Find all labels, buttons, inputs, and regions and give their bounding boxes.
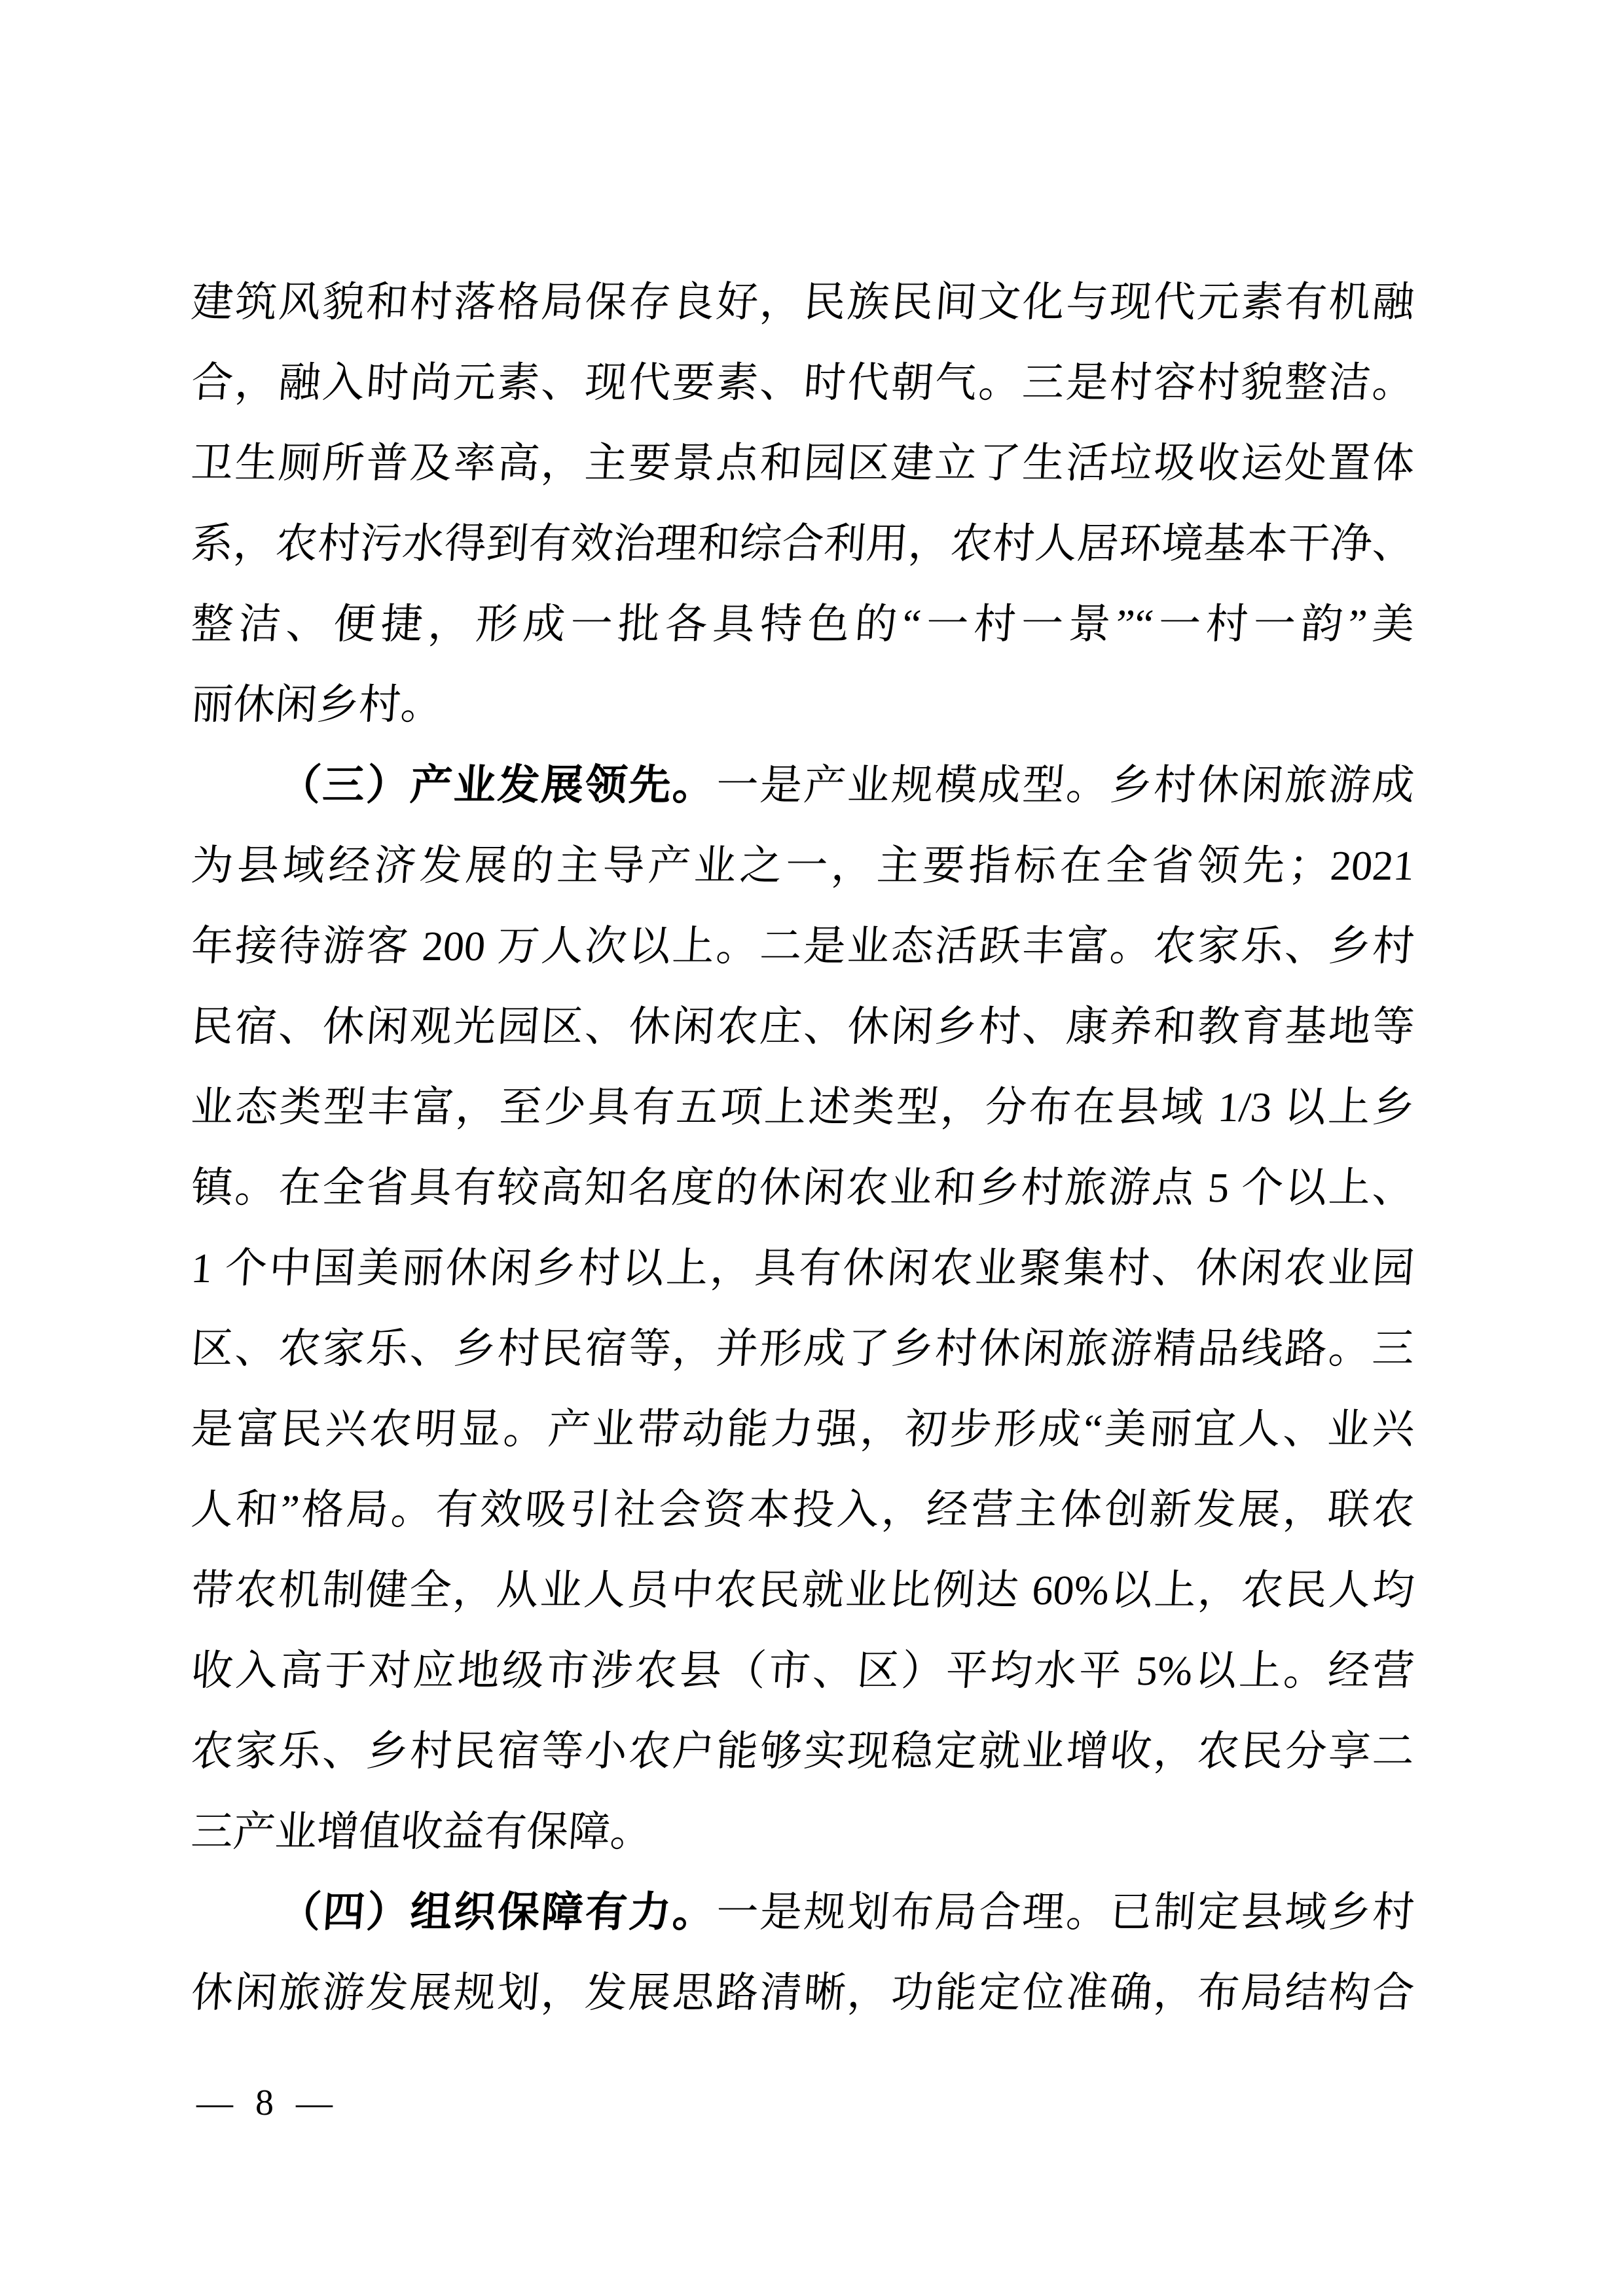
text-line: 镇。在全省具有较高知名度的休闲农业和乡村旅游点 5 个以上、 [189, 1147, 1417, 1228]
text-line: 休闲旅游发展规划，发展思路清晰，功能定位准确，布局结构合 [189, 1952, 1417, 2033]
page-number: — 8 — [196, 2085, 333, 2121]
text-line: 年接待游客 200 万人次以上。二是业态活跃丰富。农家乐、乡村 [189, 906, 1417, 986]
text-line: 三产业增值收益有保障。 [189, 1791, 1417, 1872]
section-heading-run: （四）组织保障有力。 [278, 1889, 718, 1935]
text-line: 民宿、休闲观光园区、休闲农庄、休闲乡村、康养和教育基地等 [189, 986, 1417, 1067]
text-line: 1 个中国美丽休闲乡村以上，具有休闲农业聚集村、休闲农业园 [189, 1228, 1417, 1308]
text-line: 人和”格局。有效吸引社会资本投入，经营主体创新发展，联农 [189, 1469, 1417, 1550]
text-line: 带农机制健全，从业人员中农民就业比例达 60%以上，农民人均 [189, 1550, 1417, 1630]
text-line: 为县域经济发展的主导产业之一，主要指标在全省领先；2021 [189, 825, 1417, 906]
text-line: 合，融入时尚元素、现代要素、时代朝气。三是村容村貌整洁。 [189, 342, 1417, 423]
section-heading-run: （三）产业发展领先。 [278, 762, 718, 808]
text-line: 系，农村污水得到有效治理和综合利用，农村人居环境基本干净、 [189, 503, 1417, 584]
document-body: 建筑风貌和村落格局保存良好，民族民间文化与现代元素有机融合，融入时尚元素、现代要… [189, 262, 1412, 2033]
paragraph-continuation: 建筑风貌和村落格局保存良好，民族民间文化与现代元素有机融合，融入时尚元素、现代要… [189, 262, 1412, 745]
text-line: 卫生厕所普及率高，主要景点和园区建立了生活垃圾收运处置体 [189, 423, 1417, 503]
text-line: 业态类型丰富，至少具有五项上述类型，分布在县域 1/3 以上乡 [189, 1067, 1417, 1147]
document-page: 建筑风貌和村落格局保存良好，民族民间文化与现代元素有机融合，融入时尚元素、现代要… [0, 0, 1623, 2296]
text-run: 一是产业规模成型。乡村休闲旅游成 [715, 762, 1416, 808]
text-line: 建筑风貌和村落格局保存良好，民族民间文化与现代元素有机融 [189, 262, 1417, 342]
text-line: 整洁、便捷，形成一批各具特色的“一村一景”“一村一韵”美 [189, 584, 1417, 664]
paragraph-section-4: （四）组织保障有力。一是规划布局合理。已制定县域乡村休闲旅游发展规划，发展思路清… [189, 1872, 1412, 2033]
text-line: 丽休闲乡村。 [189, 664, 1417, 745]
text-line: 区、农家乐、乡村民宿等，并形成了乡村休闲旅游精品线路。三 [189, 1308, 1417, 1389]
text-line: 收入高于对应地级市涉农县（市、区）平均水平 5%以上。经营 [189, 1630, 1417, 1711]
paragraph-section-3: （三）产业发展领先。一是产业规模成型。乡村休闲旅游成为县域经济发展的主导产业之一… [189, 745, 1412, 1872]
text-line: 是富民兴农明显。产业带动能力强，初步形成“美丽宜人、业兴 [189, 1389, 1417, 1469]
text-line: （四）组织保障有力。一是规划布局合理。已制定县域乡村 [189, 1872, 1417, 1952]
text-run: 一是规划布局合理。已制定县域乡村 [715, 1889, 1416, 1935]
text-line: 农家乐、乡村民宿等小农户能够实现稳定就业增收，农民分享二 [189, 1711, 1417, 1791]
text-line: （三）产业发展领先。一是产业规模成型。乡村休闲旅游成 [189, 745, 1417, 825]
